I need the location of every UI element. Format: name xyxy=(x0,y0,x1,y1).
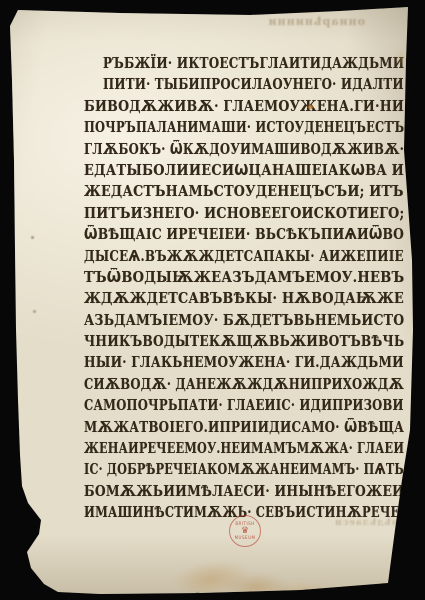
parchment-stain xyxy=(396,50,406,66)
text-line: БОМѪЖЬИИМѢЛАЕСИ· ИНЫНѢЕГОЖЕИ xyxy=(84,481,348,502)
text-block: РЪБЖЇИ· ИКТОЕСТЪГЛАИТИДАЖДЬМИПИТИ· ТЫБИП… xyxy=(84,53,404,524)
text-line: ДЫСЕѦ.ВЪЖѪЖДЕТСАПАКЫ· АИЖЕПИІЕ xyxy=(84,246,338,267)
text-line: ЕДАТЫБОЛИИЕСИѠЦАНАШЕІАКѠВА И xyxy=(84,160,359,181)
text-line: ѾВѢЩАІС ИРЕЧЕІЕИ· ВЬСѢКЪПИѦИѾВО xyxy=(84,224,347,245)
photo-stage: ониарѣнинни РЪБЖЇИ· ИКТОЕСТЪГЛАИТИДАЖДЬМ… xyxy=(0,0,425,600)
text-line: ІС· ДОБРѢРЕЧЕІАКОМѪЖАНЕИМАМЪ· ПѦТЬ xyxy=(84,459,323,480)
text-line: ПИТИ· ТЫБИПРОСИЛАОУНЕГО· ИДАЛТИ xyxy=(103,74,340,95)
stamp-text-bottom: MUSEUM xyxy=(235,536,256,540)
text-line: ПОЧРЪПАЛАНИМАШИ· ИСТОУДЕНЕЦЪЕСТЪ xyxy=(84,117,328,138)
text-line: ЖДѪЖДЕТСАВЪВѢКЫ· НѪВОДАѬЖЕ xyxy=(84,288,356,309)
text-line: МѪЖАТВОІЕГО.ИПРИІИДИСАМО· ѾВѢЩА xyxy=(84,417,339,438)
margin-speck xyxy=(196,592,199,595)
parchment-stain xyxy=(266,582,338,600)
text-line: САМОПОЧРЬПАТИ· ГЛАЕИІС· ИДИПРИЗОВИ xyxy=(84,395,331,416)
text-line: РЪБЖЇИ· ИКТОЕСТЪГЛАИТИДАЖДЬМИ xyxy=(103,53,344,74)
text-line: АЗЬДАМЪІЕМОУ· БѪДЕТЪВЬНЕМЬИСТО xyxy=(84,310,351,331)
text-line: ПИТЪИЗНЕГО· ИСНОВЕЕГОИСКОТИЕГО; xyxy=(84,203,355,224)
text-line: ЧНИКЪВОДЫТЕКѪЩѪВЬЖИВОТЪВѢЧЬ xyxy=(84,331,345,352)
bleedthrough-text-bottom: вѣдѣлаеси xyxy=(258,518,398,528)
text-line: ТЪѾВОДЫѬЖЕАЗЪДАМЪЕМОУ.НЕВЪ xyxy=(84,267,363,288)
text-line: СИѪВОДѪ· ДАНЕЖѪЖДѪНИПРИХОЖДѪ xyxy=(84,374,333,395)
library-stamp: BRITISH ♛ MUSEUM xyxy=(229,515,261,547)
text-line: ГЛѪБОКЪ· ѾКѪДОУИМАШИВОДѪЖИВѪ· xyxy=(84,139,333,160)
ink-speck xyxy=(308,105,313,109)
text-line: ЖЕНАИРЕЧЕЕМОУ.НЕИМАМЪМѪЖА· ГЛАЕИ xyxy=(84,438,324,459)
margin-speck xyxy=(33,310,36,313)
bleedthrough-text-top: ониарѣнинни xyxy=(200,15,365,28)
manuscript-page: ониарѣнинни РЪБЖЇИ· ИКТОЕСТЪГЛАИТИДАЖДЬМ… xyxy=(0,0,425,600)
margin-speck xyxy=(31,236,34,239)
text-line: НЫИ· ГЛАКЬНЕМОУЖЕНА· ГИ.ДАЖДЬМИ xyxy=(84,352,343,373)
text-line: ЖЕДАСТЪНАМЬСТОУДЕНЕЦЪСЪИ; ИТЪ xyxy=(84,181,356,202)
